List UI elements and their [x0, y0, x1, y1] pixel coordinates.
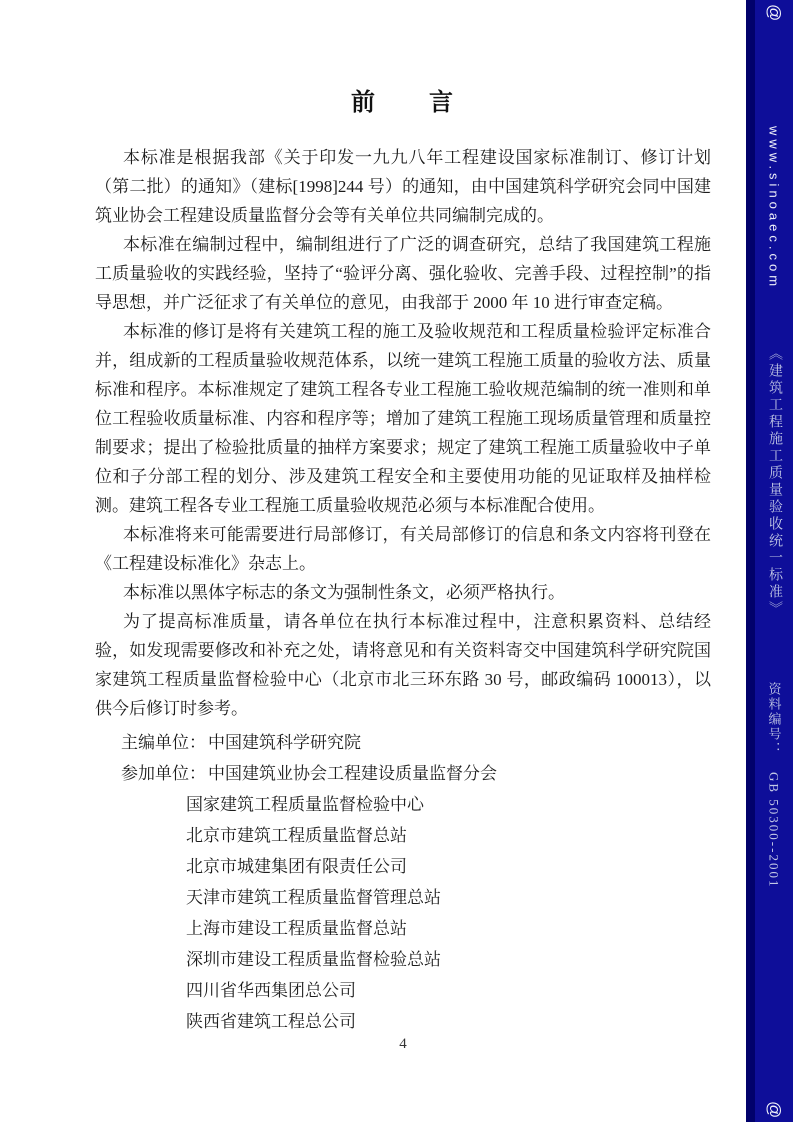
participant-org: 北京市建筑工程质量监督总站	[95, 820, 711, 851]
participant-org: 中国建筑业协会工程建设质量监督分会	[208, 764, 497, 783]
at-symbol-bottom: @	[764, 1101, 784, 1118]
sidebar-stripe	[746, 0, 755, 1122]
paragraph: 本标准以黑体字标志的条文为强制性条文，必须严格执行。	[95, 578, 711, 607]
participant-org: 北京市城建集团有限责任公司	[95, 851, 711, 882]
chief-editor-value: 中国建筑科学研究院	[208, 733, 361, 752]
document-page: 前 言 本标准是根据我部《关于印发一九九八年工程建设国家标准制订、修订计划（第二…	[0, 0, 793, 1122]
sidebar-text-column: @ www.sinoaec.com 《建筑工程施工质量验收统一标准》 资料编号：…	[755, 0, 793, 1122]
paragraph: 本标准的修订是将有关建筑工程的施工及验收规范和工程质量检验评定标准合并，组成新的…	[95, 317, 711, 520]
paragraph: 为了提高标准质量，请各单位在执行本标准过程中，注意积累资料、总结经验，如发现需要…	[95, 607, 711, 723]
participants-line: 参加单位：中国建筑业协会工程建设质量监督分会	[95, 758, 711, 789]
page-content: 前 言 本标准是根据我部《关于印发一九九八年工程建设国家标准制订、修订计划（第二…	[95, 82, 711, 1037]
page-number: 4	[95, 1036, 711, 1053]
editing-organizations: 主编单位：中国建筑科学研究院 参加单位：中国建筑业协会工程建设质量监督分会 国家…	[95, 727, 711, 1037]
book-title-text: 《建筑工程施工质量验收统一标准》	[764, 346, 784, 618]
participant-org: 深圳市建设工程质量监督检验总站	[95, 944, 711, 975]
chief-editor-label: 主编单位：	[121, 733, 206, 752]
paragraph: 本标准将来可能需要进行局部修订，有关局部修订的信息和条文内容将刊登在《工程建设标…	[95, 520, 711, 578]
participants-label: 参加单位：	[121, 764, 206, 783]
participant-org: 天津市建筑工程质量监督管理总站	[95, 882, 711, 913]
participant-org: 上海市建设工程质量监督总站	[95, 913, 711, 944]
participant-org: 陕西省建筑工程总公司	[95, 1006, 711, 1037]
sidebar: @ www.sinoaec.com 《建筑工程施工质量验收统一标准》 资料编号：…	[746, 0, 793, 1122]
doc-number-text: 资料编号： GB 50300--2001	[765, 682, 784, 888]
paragraph: 本标准是根据我部《关于印发一九九八年工程建设国家标准制订、修订计划（第二批）的通…	[95, 143, 711, 230]
participant-org: 四川省华西集团总公司	[95, 975, 711, 1006]
website-text: www.sinoaec.com	[767, 126, 782, 290]
page-title: 前 言	[95, 82, 711, 117]
at-symbol-top: @	[764, 4, 784, 21]
paragraph: 本标准在编制过程中，编制组进行了广泛的调查研究，总结了我国建筑工程施工质量验收的…	[95, 230, 711, 317]
participant-org: 国家建筑工程质量监督检验中心	[95, 789, 711, 820]
chief-editor-line: 主编单位：中国建筑科学研究院	[95, 727, 711, 758]
foreword-body: 本标准是根据我部《关于印发一九九八年工程建设国家标准制订、修订计划（第二批）的通…	[95, 143, 711, 723]
